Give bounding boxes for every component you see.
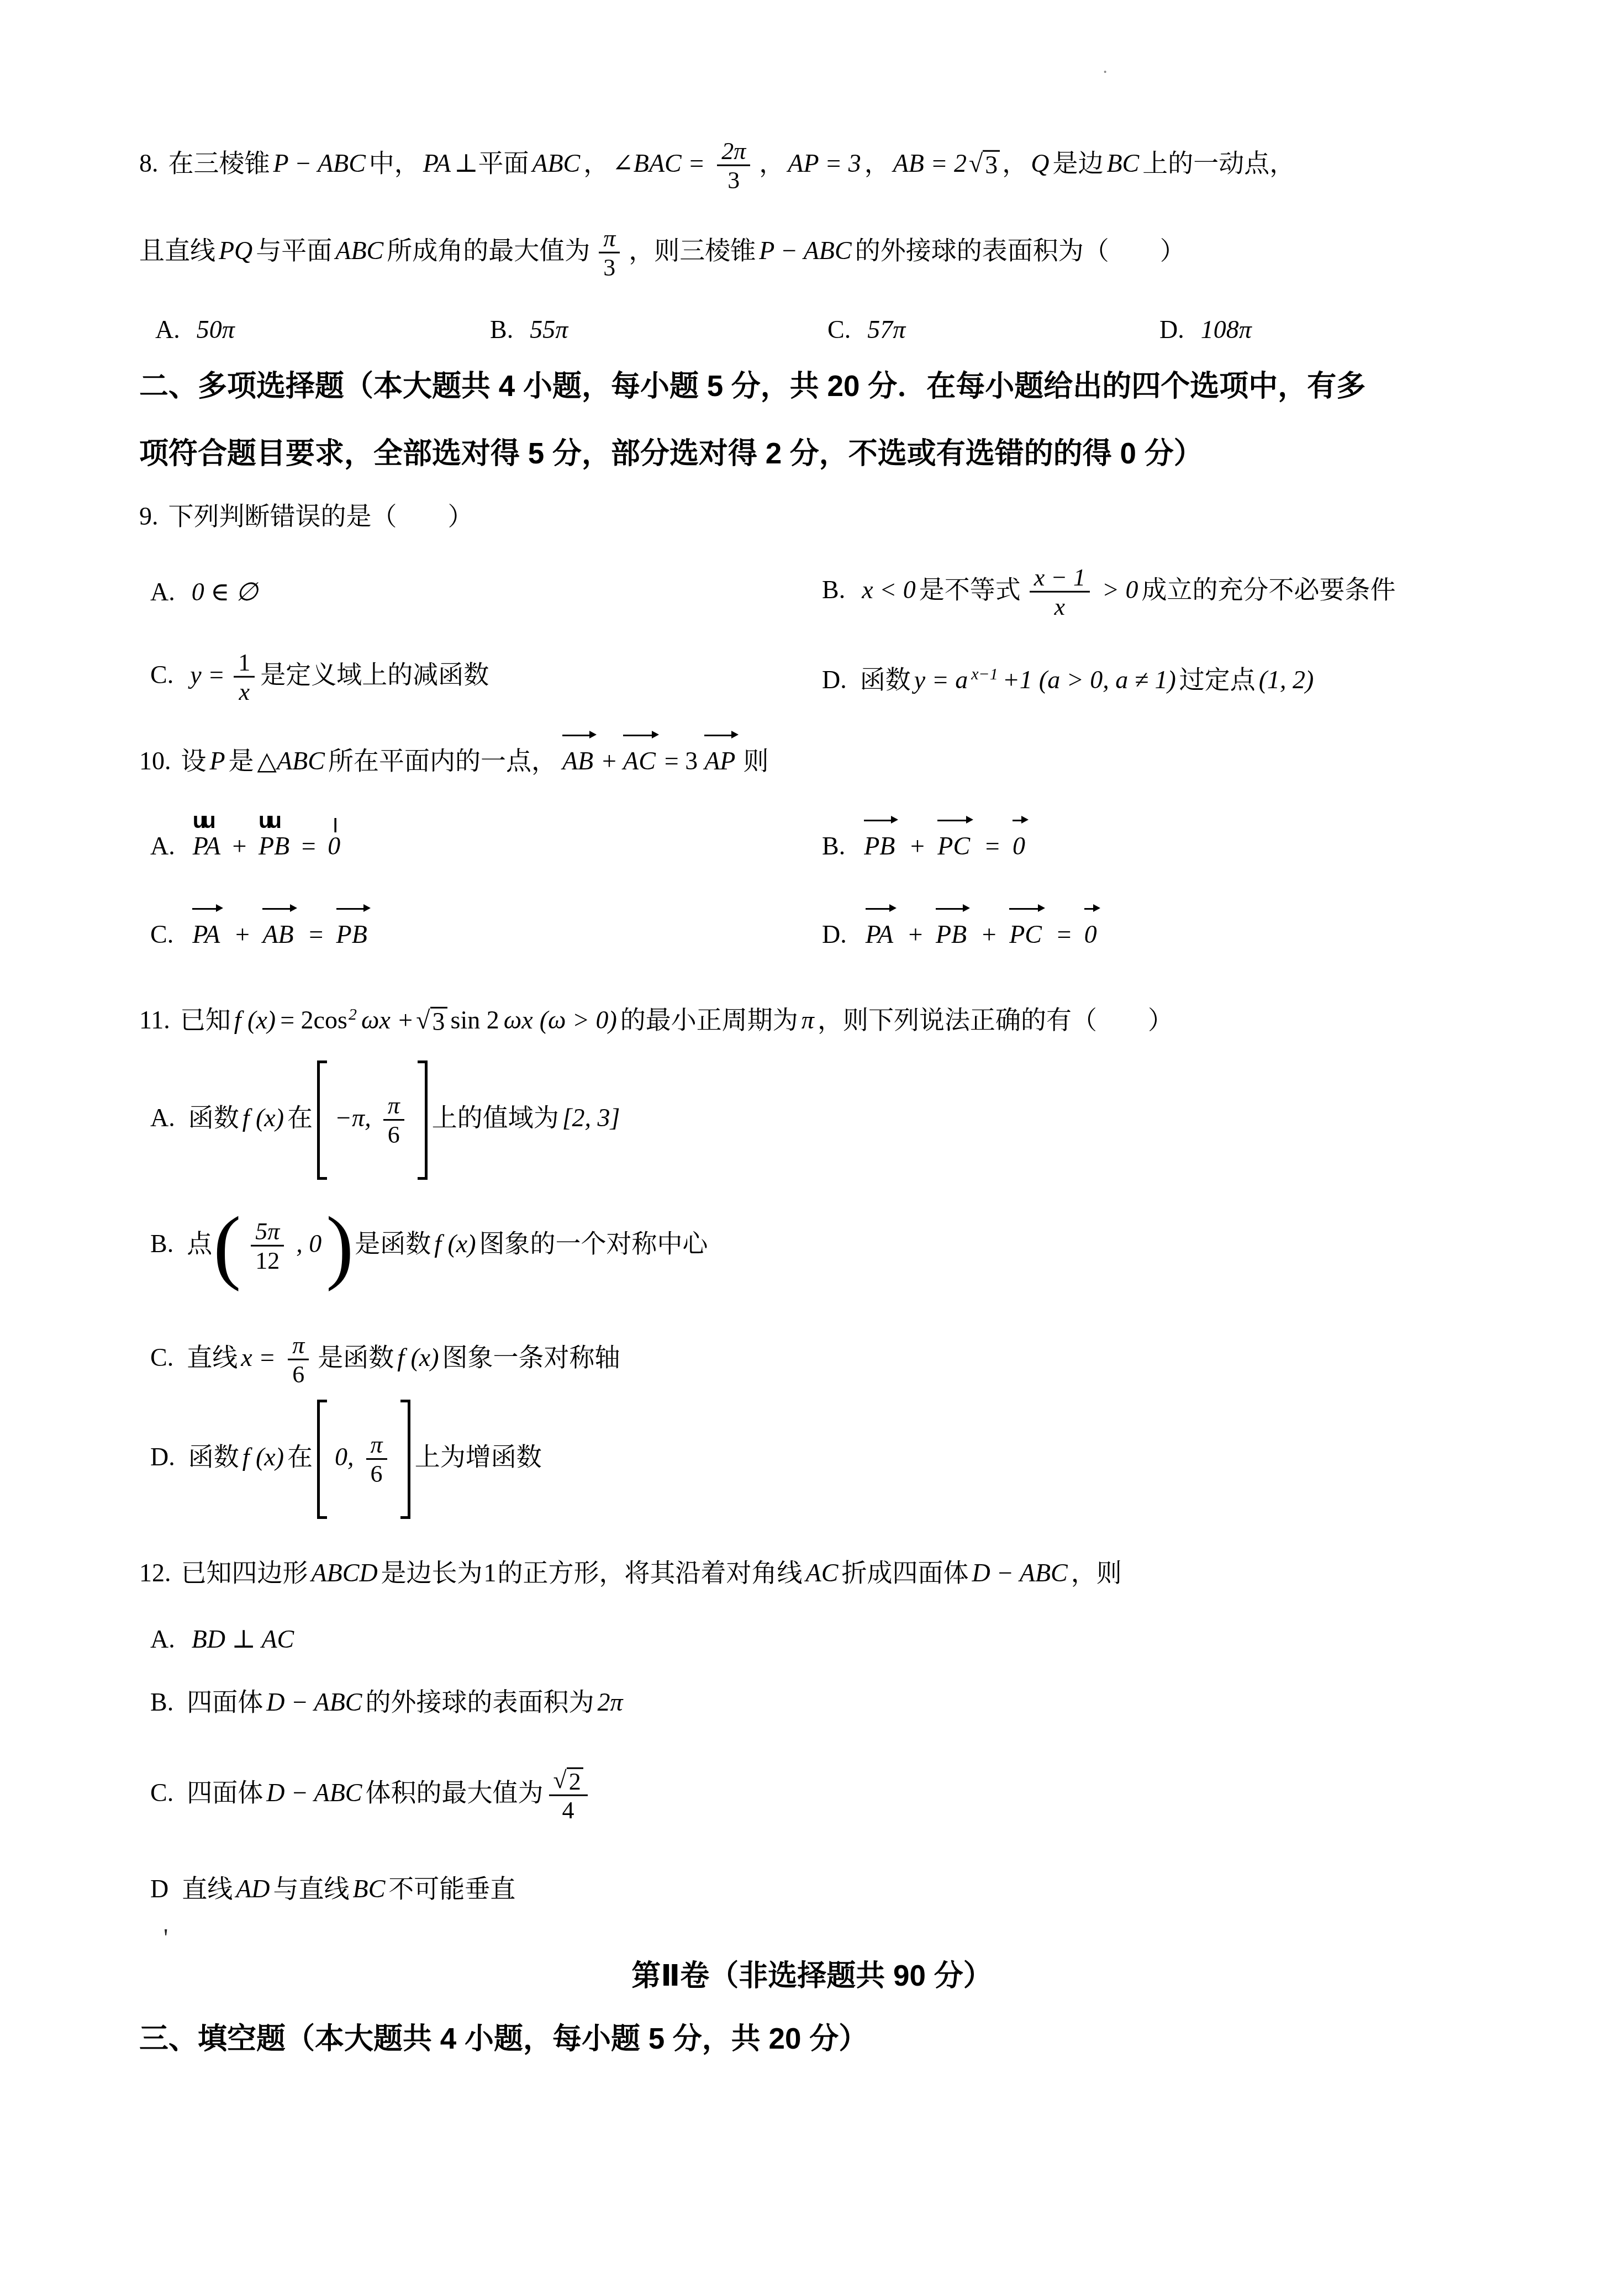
- q8-option-a: A.50π: [155, 310, 238, 350]
- q12-option-b: B.四面体D − ABC的外接球的表面积为2π: [150, 1682, 626, 1722]
- q9-option-c: C.y =1x是定义域上的减函数: [150, 649, 489, 706]
- cjk-text: 过定点: [1179, 666, 1256, 694]
- cjk-text: 上为增函数: [415, 1443, 542, 1471]
- superscript: 2: [349, 1005, 357, 1023]
- cjk-text: 已知四边形: [181, 1559, 308, 1587]
- math-text: ABCD: [312, 1559, 378, 1587]
- math-text: 2π: [598, 1688, 623, 1716]
- math-text: P: [210, 747, 225, 775]
- q12-stem: 12.已知四边形ABCD是边长为1的正方形，将其沿着对角线AC折成四面体D − …: [139, 1553, 1122, 1593]
- math-text: ABC: [532, 149, 580, 177]
- fraction-denominator: x: [1054, 593, 1066, 620]
- vector-with-arrow: PB: [936, 915, 967, 954]
- cjk-text: 四面体: [187, 1688, 263, 1716]
- math-text: (1, 2): [1259, 666, 1314, 694]
- cjk-text: 点: [187, 1230, 212, 1258]
- fraction: π6: [363, 1431, 391, 1488]
- math-text: = 2cos: [280, 1006, 347, 1034]
- math-text: > 0: [1102, 576, 1138, 604]
- cjk-text: 且直线: [139, 236, 215, 265]
- sqrt-radical: √3: [969, 150, 1000, 178]
- fraction: √24: [549, 1766, 588, 1824]
- option-label: A.: [150, 1625, 175, 1653]
- math-text: f (x): [242, 1104, 284, 1132]
- fraction-numerator: x − 1: [1030, 564, 1090, 593]
- fraction-numerator: 1: [234, 649, 255, 678]
- heading-text: 第Ⅱ卷（非选择题共 90 分）: [631, 1960, 992, 1992]
- math-text: ωx +: [361, 1006, 414, 1034]
- option-label: B.: [822, 832, 845, 860]
- vector-with-arrow: AP: [704, 741, 735, 781]
- option-value: 57π: [867, 315, 905, 344]
- math-text: AB = 2: [893, 149, 967, 177]
- q12-option-d: D直线AD与直线BC不可能垂直: [150, 1869, 515, 1909]
- q10-option-c: C.PA + AB = PB: [150, 915, 375, 954]
- cjk-text: 直线: [182, 1875, 233, 1903]
- math-text: △ABC: [257, 747, 325, 775]
- option-label: C.: [150, 661, 173, 689]
- sqrt-radicand: 2: [567, 1767, 583, 1795]
- math-text: PA: [423, 149, 451, 177]
- cjk-text: 在三棱锥: [168, 149, 270, 177]
- math-text: (ω > 0): [540, 1006, 617, 1034]
- math-operator: +: [976, 920, 1003, 948]
- math-text: 1: [484, 1559, 497, 1587]
- cjk-text: 的外接球的表面积为（ ）: [855, 236, 1185, 265]
- math-text: Q: [1031, 149, 1049, 177]
- cjk-text: 直线: [187, 1343, 238, 1371]
- stray-scan-tick: ': [164, 1923, 168, 1953]
- fraction-denominator: 3: [727, 166, 740, 194]
- option-label: D.: [150, 1443, 175, 1471]
- q10-stem: 10.设P是△ABC所在平面内的一点，AB+AC= 3AP则: [139, 741, 768, 781]
- cjk-text: ，: [759, 149, 784, 177]
- q11-option-a: A.函数f (x)在−π,π6上的值域为[2, 3]: [150, 1060, 624, 1180]
- math-text: (a > 0, a ≠ 1): [1039, 666, 1176, 694]
- q10-option-a: A.PAuu + PBuu = 0|: [150, 826, 345, 866]
- option-label: B.: [150, 1230, 173, 1258]
- math-operator: +: [904, 832, 931, 860]
- cjk-text: 与平面: [256, 236, 332, 265]
- math-text: π: [802, 1006, 814, 1034]
- math-text: −π,: [335, 1104, 371, 1132]
- sqrt-sign: √: [969, 150, 983, 177]
- section2-header-line-1: 二、多项选择题（本大题共 4 小题，每小题 5 分，共 20 分．在每小题给出的…: [139, 367, 1365, 407]
- cjk-text: ，: [1002, 149, 1027, 177]
- option-label: D.: [1159, 315, 1184, 344]
- math-text: P − ABC: [273, 149, 366, 177]
- cjk-text: 已知: [180, 1006, 231, 1034]
- math-operator: =: [979, 832, 1006, 860]
- math-text: =: [295, 832, 322, 860]
- cjk-text: 上的一动点，: [1142, 149, 1295, 177]
- q11-option-c: C.直线x =π6是函数f (x)图象一条对称轴: [150, 1332, 620, 1389]
- cjk-text: 是函数: [355, 1230, 431, 1258]
- sqrt-radicand: 3: [430, 1007, 447, 1035]
- math-text: AC: [806, 1559, 839, 1587]
- option-label: A.: [155, 315, 180, 344]
- cjk-text: 在: [287, 1104, 313, 1132]
- cjk-text: 与直线: [273, 1875, 350, 1903]
- q8-option-b: B.55π: [490, 310, 571, 350]
- fraction-numerator: 2π: [717, 138, 750, 166]
- q8-option-d: D.108π: [1159, 310, 1255, 350]
- math-text: BC: [353, 1875, 386, 1903]
- vector-with-arrow: 0: [1084, 915, 1097, 954]
- math-text: ωx: [504, 1006, 533, 1034]
- q8-stem-line-1: 8.在三棱锥P − ABC中，PA⊥平面ABC，∠BAC =2π3，AP = 3…: [139, 138, 1295, 194]
- math-text: +1: [1003, 666, 1032, 694]
- cjk-text: 是定义域上的减函数: [260, 661, 489, 689]
- fraction: 2π3: [714, 138, 753, 194]
- option-label: D: [150, 1875, 168, 1903]
- cjk-text: 设: [181, 747, 207, 775]
- math-operator: +: [602, 747, 616, 775]
- cjk-text: 所在平面内的一点，: [328, 747, 557, 775]
- math-text: f (x): [242, 1443, 284, 1471]
- option-value: 108π: [1201, 315, 1252, 344]
- cjk-text: ，: [583, 149, 609, 177]
- q11-stem: 11.已知f (x)= 2cos2ωx +√3sin 2ωx(ω > 0)的最小…: [139, 995, 1173, 1040]
- q9-option-d: D.函数y = ax−1+1(a > 0, a ≠ 1)过定点(1, 2): [822, 655, 1317, 700]
- cjk-text: 的外接球的表面积为: [366, 1688, 594, 1716]
- math-text: D − ABC: [266, 1688, 362, 1716]
- math-text: BD ⊥ AC: [192, 1625, 294, 1653]
- cjk-text: 的最小正周期为: [620, 1006, 798, 1034]
- corrupt-arrow-mark: uu: [259, 801, 278, 841]
- option-label: C.: [150, 1779, 173, 1807]
- fraction: π3: [595, 225, 623, 282]
- math-text: P − ABC: [759, 236, 851, 265]
- option-label: D.: [822, 666, 847, 694]
- q11-option-d: D.函数f (x)在0,π6上为增函数: [150, 1400, 542, 1519]
- math-text: = 3: [665, 747, 698, 775]
- cjk-text: 则: [743, 747, 768, 775]
- math-operator: +: [229, 920, 256, 948]
- cjk-text: ⊥平面: [454, 149, 529, 177]
- math-operator: +: [226, 832, 253, 860]
- option-label: B.: [150, 1688, 173, 1716]
- q8-stem-line-2: 且直线PQ与平面ABC所成角的最大值为π3，则三棱锥P − ABC的外接球的表面…: [139, 225, 1185, 282]
- q12-option-c: C.四面体D − ABC体积的最大值为√24: [150, 1766, 593, 1824]
- option-label: D.: [822, 920, 847, 948]
- cjk-text: 是边: [1052, 149, 1103, 177]
- vector-with-arrow: PB: [864, 826, 895, 866]
- question-number: 10.: [139, 747, 171, 775]
- cjk-text: 所成角的最大值为: [387, 236, 590, 265]
- math-operator: =: [303, 920, 330, 948]
- option-label: C.: [827, 315, 851, 344]
- math-text: D − ABC: [266, 1779, 362, 1807]
- math-text: D − ABC: [972, 1559, 1067, 1587]
- sqrt-radical: √2: [553, 1767, 583, 1795]
- fraction: π6: [284, 1332, 312, 1389]
- vector-corrupt-glyph: PBuu: [259, 826, 289, 866]
- cjk-text: ，: [864, 149, 890, 177]
- fraction: 5π12: [247, 1218, 287, 1275]
- math-operator: +: [902, 920, 929, 948]
- fraction: x − 1x: [1026, 564, 1093, 621]
- fraction-denominator: 6: [371, 1460, 383, 1487]
- math-text: f (x): [397, 1343, 439, 1371]
- vector-with-arrow: 0: [1013, 826, 1025, 866]
- option-label: B.: [490, 315, 513, 344]
- fraction-denominator: 6: [292, 1360, 304, 1388]
- question-number: 8.: [139, 149, 159, 177]
- cjk-text: 的正方形，将其沿着对角线: [498, 1559, 803, 1587]
- fraction: π6: [380, 1092, 408, 1149]
- cjk-text: 上的值域为: [432, 1104, 559, 1132]
- cjk-text: 函数: [188, 1443, 239, 1471]
- big-right-bracket: [400, 1400, 410, 1519]
- q9-option-a: A.0 ∈ ∅: [150, 572, 261, 612]
- vector-with-arrow: PC: [1009, 915, 1042, 954]
- fraction-numerator: 5π: [251, 1218, 284, 1247]
- math-text: y = a: [914, 666, 968, 694]
- part2-heading: 第Ⅱ卷（非选择题共 90 分）: [0, 1956, 1624, 1996]
- sqrt-radical: √3: [416, 1007, 447, 1035]
- q10-option-b: B.PB + PC = 0: [822, 826, 1033, 866]
- cjk-text: 四面体: [187, 1779, 263, 1807]
- option-value: 50π: [197, 315, 235, 344]
- fraction-numerator: π: [599, 225, 620, 254]
- big-right-bracket: [418, 1060, 428, 1180]
- vector-with-arrow: PA: [192, 915, 220, 954]
- cjk-text: 是: [229, 747, 254, 775]
- fraction-denominator: 6: [388, 1121, 400, 1148]
- fraction-denominator: 4: [562, 1796, 574, 1824]
- math-text: ABC: [335, 236, 383, 265]
- cjk-text: 是边长为: [381, 1559, 483, 1587]
- math-text: ∠BAC =: [612, 149, 705, 177]
- cjk-text: 是不等式: [919, 576, 1021, 604]
- math-text: , 0: [296, 1230, 321, 1258]
- math-text: f (x): [234, 1006, 276, 1034]
- math-text: PQ: [219, 236, 252, 265]
- q9-option-b: B.x < 0是不等式x − 1x> 0成立的充分不必要条件: [822, 564, 1395, 621]
- exam-paper-page: 8.在三棱锥P − ABC中，PA⊥平面ABC，∠BAC =2π3，AP = 3…: [0, 0, 1624, 2290]
- stray-scan-dot: ·: [1102, 62, 1108, 83]
- cjk-text: ，则三棱锥: [629, 236, 756, 265]
- vector-with-arrow: AB: [562, 741, 593, 781]
- header-text: 三、填空题（本大题共 4 小题，每小题 5 分，共 20 分）: [139, 2023, 868, 2055]
- cjk-text: 在: [287, 1443, 313, 1471]
- cjk-text: 中，: [369, 149, 420, 177]
- section2-header-line-2: 项符合题目要求，全部选对得 5 分，部分选对得 2 分，不选或有选错的的得 0 …: [139, 434, 1203, 474]
- math-operator: =: [1051, 920, 1078, 948]
- cjk-text: 图象的一个对称中心: [479, 1230, 708, 1258]
- math-text: x =: [241, 1343, 276, 1371]
- q9-stem: 9.下列判断错误的是（ ）: [139, 497, 473, 536]
- cjk-text: 图象一条对称轴: [442, 1343, 620, 1371]
- math-text: AD: [236, 1875, 270, 1903]
- fraction-numerator: π: [383, 1092, 404, 1121]
- cjk-text: ，则下列说法正确的有（ ）: [818, 1006, 1173, 1034]
- cjk-text: 函数: [188, 1104, 239, 1132]
- section3-header: 三、填空题（本大题共 4 小题，每小题 5 分，共 20 分）: [139, 2019, 868, 2059]
- q8-option-c: C.57π: [827, 310, 909, 350]
- option-label: C.: [150, 1343, 173, 1371]
- math-text: AP = 3: [788, 149, 861, 177]
- option-label: A.: [150, 578, 175, 606]
- cjk-text: 成立的充分不必要条件: [1141, 576, 1395, 604]
- sqrt-radicand: 3: [983, 150, 1000, 178]
- cjk-text: 函数: [860, 666, 911, 694]
- q11-option-b: B.点(5π12, 0)是函数f (x)图象的一个对称中心: [150, 1218, 708, 1275]
- math-text: 0,: [335, 1443, 354, 1471]
- vector-with-arrow: PC: [937, 826, 970, 866]
- fraction-denominator: 12: [255, 1247, 280, 1274]
- math-text: y =: [190, 661, 225, 689]
- header-text: 项符合题目要求，全部选对得 5 分，部分选对得 2 分，不选或有选错的的得 0 …: [139, 437, 1203, 470]
- option-label: A.: [150, 832, 175, 860]
- cjk-text: ，则: [1071, 1559, 1122, 1587]
- sqrt-sign: √: [553, 1767, 567, 1793]
- vector-with-arrow: AC: [623, 741, 656, 781]
- vector-corrupt-glyph: 0|: [328, 826, 340, 866]
- fraction: 1x: [234, 649, 255, 706]
- fraction-numerator: π: [366, 1431, 387, 1460]
- option-value: 55π: [530, 315, 568, 344]
- question-number: 11.: [139, 1006, 170, 1034]
- fraction-numerator: √2: [549, 1766, 588, 1796]
- question-number: 12.: [139, 1559, 171, 1587]
- cjk-text: 体积的最大值为: [366, 1779, 544, 1807]
- big-left-bracket: [317, 1400, 327, 1519]
- sqrt-sign: √: [416, 1007, 430, 1033]
- corrupt-arrow-mark: uu: [193, 801, 212, 841]
- option-label: B.: [822, 576, 845, 604]
- cjk-text: 是函数: [318, 1343, 394, 1371]
- math-text: f (x): [434, 1230, 476, 1258]
- math-text: x < 0: [862, 576, 915, 604]
- cjk-text: 下列判断错误的是（ ）: [168, 502, 473, 530]
- vector-corrupt-glyph: PAuu: [193, 826, 220, 866]
- option-label: A.: [150, 1104, 175, 1132]
- header-text: 二、多项选择题（本大题共 4 小题，每小题 5 分，共 20 分．在每小题给出的…: [139, 370, 1365, 403]
- fraction-denominator: 3: [603, 254, 615, 281]
- big-left-bracket: [317, 1060, 327, 1180]
- vector-with-arrow: PB: [336, 915, 367, 954]
- corrupt-arrow-mark: |: [333, 804, 338, 844]
- cjk-text: 不可能垂直: [388, 1875, 515, 1903]
- superscript: x−1: [971, 665, 998, 683]
- math-text: sin 2: [451, 1006, 499, 1034]
- fraction-numerator: π: [288, 1332, 309, 1360]
- cjk-text: 折成四面体: [841, 1559, 968, 1587]
- question-number: 9.: [139, 502, 159, 530]
- vector-with-arrow: AB: [262, 915, 293, 954]
- math-text: BC: [1106, 149, 1139, 177]
- math-text: [2, 3]: [562, 1104, 620, 1132]
- q12-option-a: A.BD ⊥ AC: [150, 1619, 297, 1659]
- q10-option-d: D.PA + PB + PC = 0: [822, 915, 1105, 954]
- option-label: C.: [150, 920, 173, 948]
- fraction-denominator: x: [239, 678, 250, 705]
- vector-with-arrow: PA: [866, 915, 893, 954]
- math-text: 0 ∈ ∅: [192, 578, 258, 606]
